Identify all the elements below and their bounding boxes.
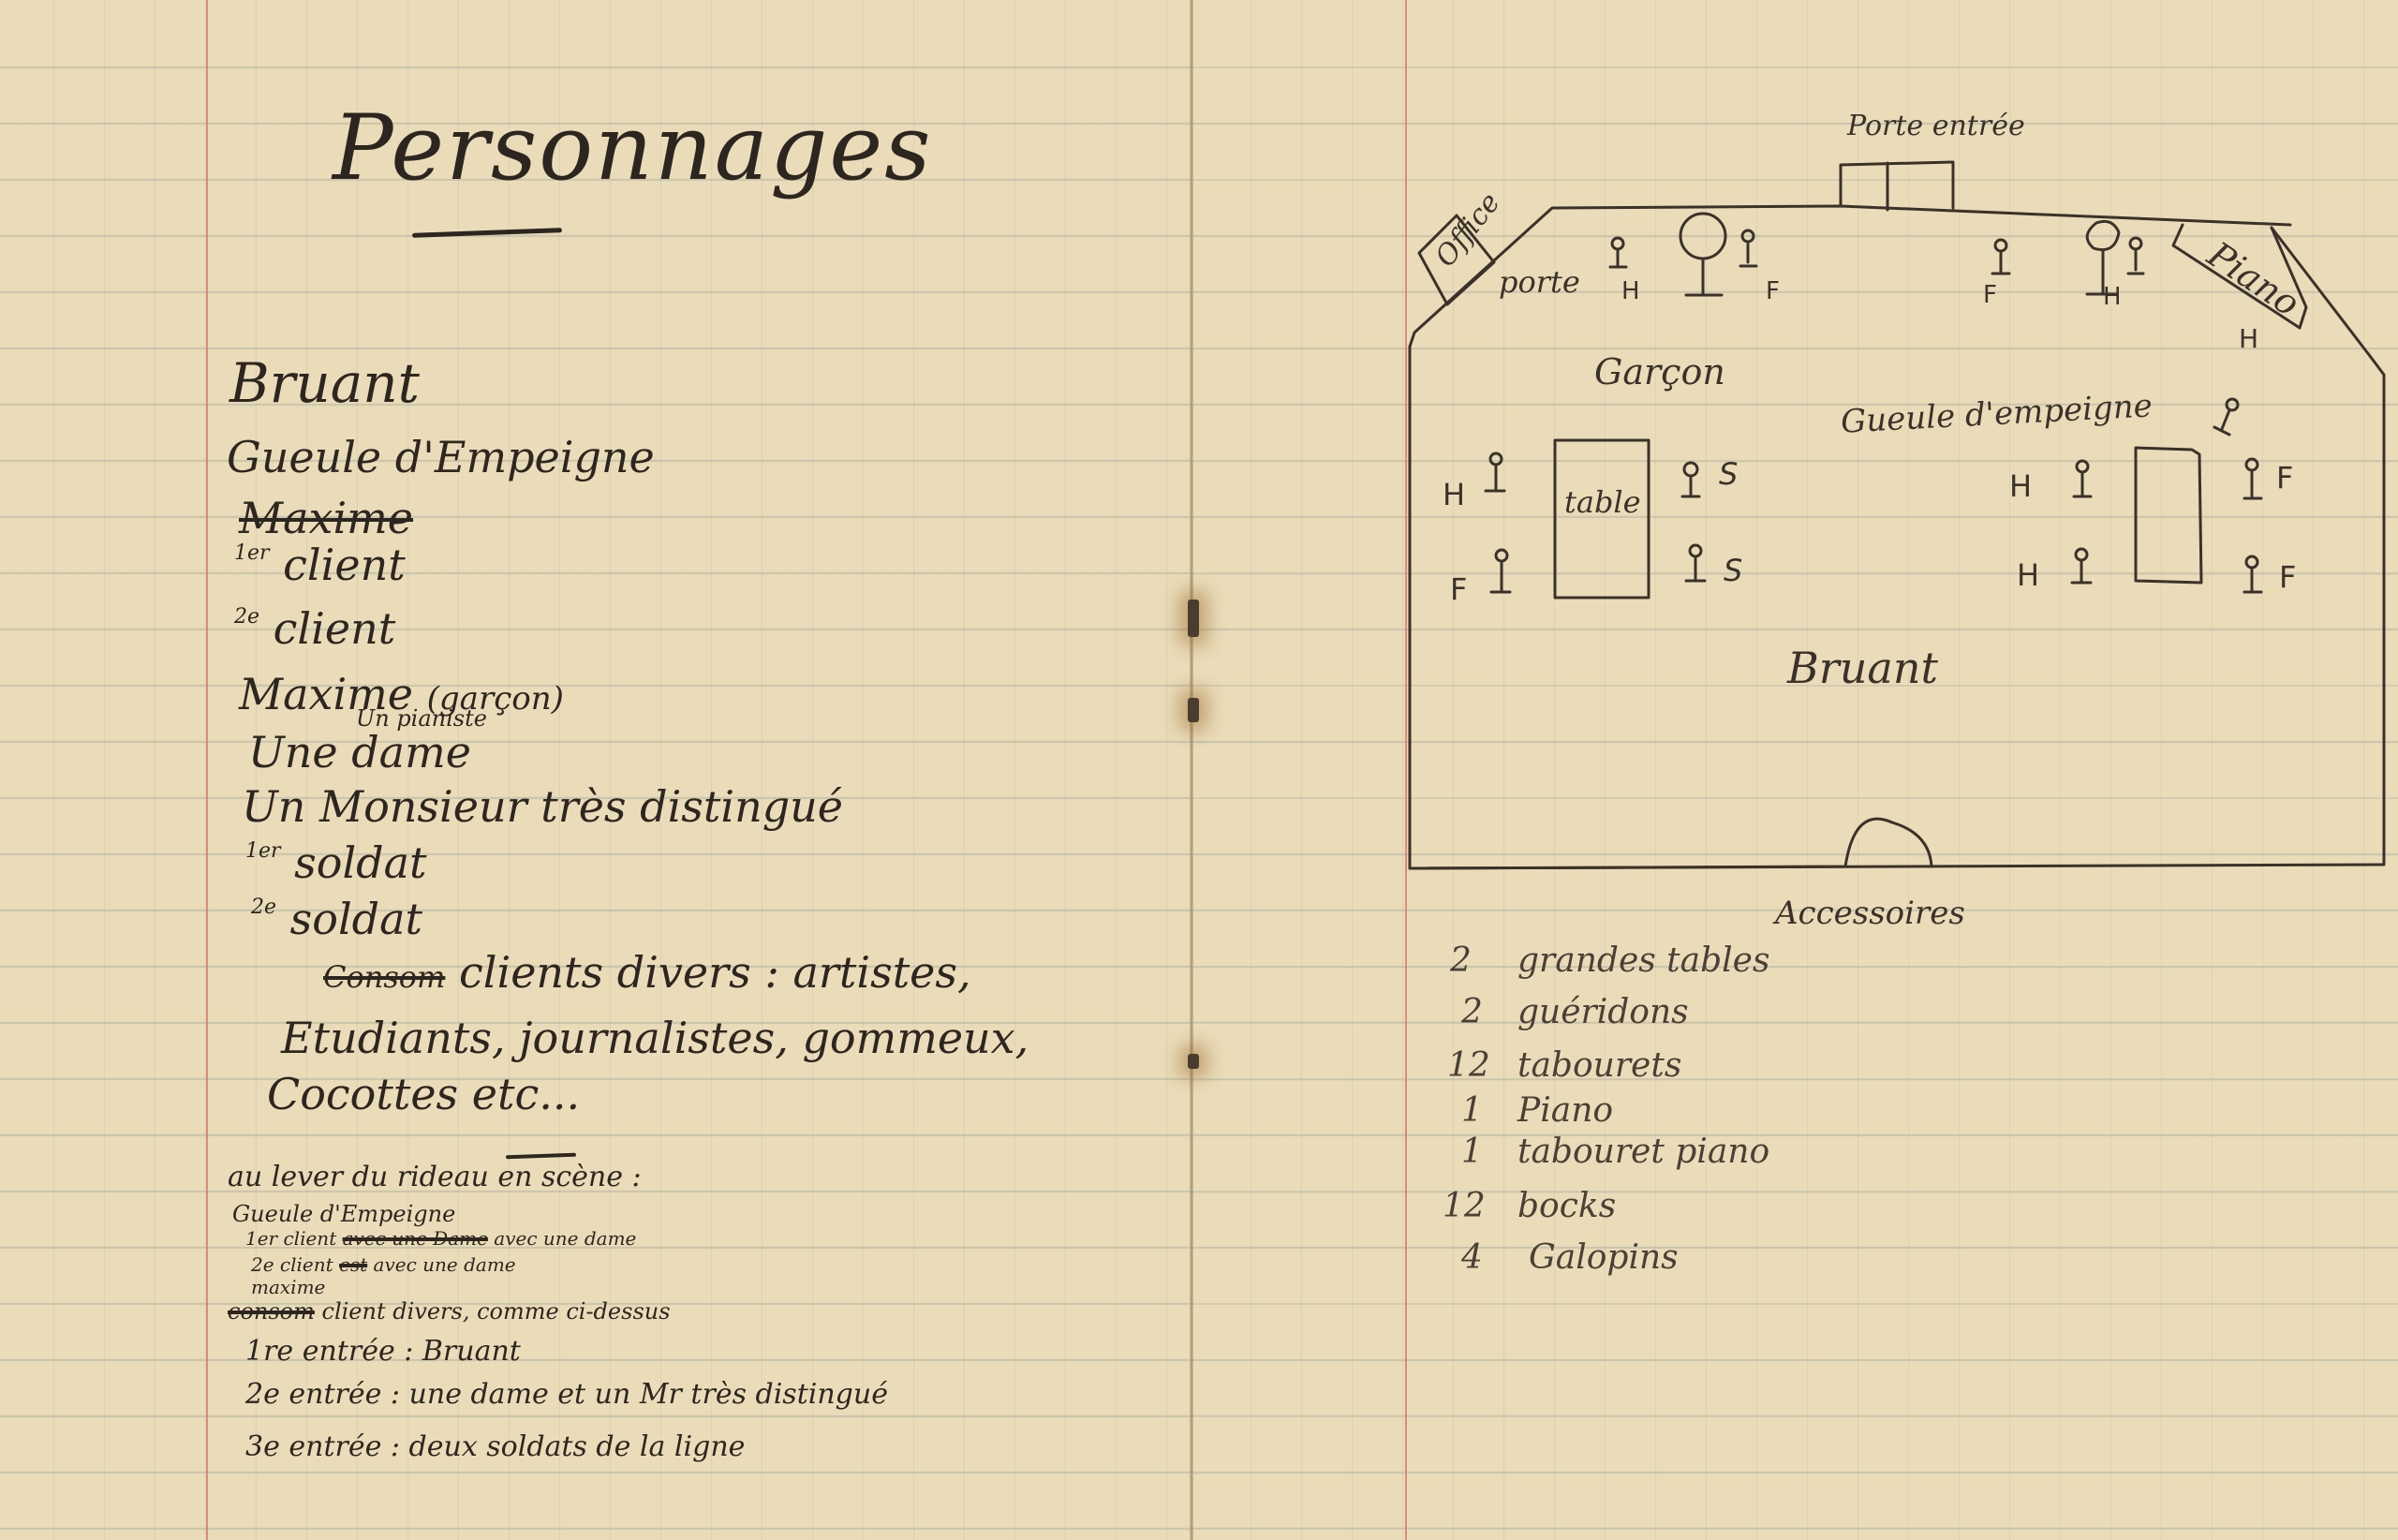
- accessory-row: 1Piano: [1461, 1094, 1613, 1128]
- character-maxime-struck: Maxime: [239, 496, 413, 540]
- character-client-2: 2e client: [234, 607, 395, 650]
- seat-letter: S: [1724, 555, 1742, 585]
- stage-arch: [1410, 819, 1932, 868]
- label-porte-entree: Porte entrée: [1847, 112, 2025, 141]
- seat-letter: H: [2103, 285, 2122, 309]
- label-table: table: [1564, 487, 1641, 517]
- accessory-row: 1tabouret piano: [1461, 1135, 1769, 1169]
- staple-mid: [1188, 698, 1199, 722]
- accessories-heading: Accessoires: [1775, 897, 1965, 929]
- accessory-row: 2grandes tables: [1450, 944, 1769, 978]
- various-clients-line1: Consom clients divers : artistes,: [323, 951, 971, 994]
- label-bruant-stage: Bruant: [1787, 646, 1938, 689]
- page-title: Personnages: [333, 103, 932, 193]
- seat-letter: H: [2009, 471, 2032, 501]
- character-une-dame: Une dame: [248, 731, 471, 774]
- seat-letter: H: [1443, 480, 1465, 510]
- seat-letter: F: [1983, 283, 1997, 307]
- curtain-heading: au lever du rideau en scène :: [228, 1163, 642, 1192]
- accessory-row: 4Galopins: [1461, 1241, 1679, 1275]
- seat-letter: F: [1766, 279, 1780, 304]
- staple-top: [1188, 600, 1199, 637]
- accessory-row: 12tabourets: [1447, 1049, 1681, 1083]
- seat-letter: F: [2276, 463, 2293, 493]
- title-underline: [412, 228, 562, 238]
- character-gueule: Gueule d'Empeigne: [227, 436, 655, 479]
- entrance-1: 1re entrée : Bruant: [245, 1338, 521, 1366]
- notebook-spine: [1190, 0, 1193, 1540]
- entrance-2: 2e entrée : une dame et un Mr très disti…: [245, 1381, 888, 1409]
- curtain-line-maxime: maxime: [251, 1278, 325, 1296]
- character-soldat-2: 2e soldat: [251, 897, 422, 940]
- various-clients-line3: Cocottes etc...: [267, 1073, 580, 1116]
- curtain-line-gueule: Gueule d'Empeigne: [232, 1203, 455, 1225]
- scene-overline: [506, 1153, 576, 1160]
- various-clients-line2: Etudiants, journalistes, gommeux,: [281, 1016, 1029, 1059]
- notebook-spread: Personnages Bruant Gueule d'Empeigne Max…: [0, 0, 2398, 1540]
- curtain-line-clients: consom client divers, comme ci-dessus: [228, 1300, 671, 1323]
- seat-letter: S: [1719, 459, 1738, 489]
- seat-letter: F: [2279, 562, 2296, 592]
- entrance-door: [1841, 162, 1953, 210]
- accessory-row: 2guéridons: [1461, 996, 1689, 1029]
- right-table: [2136, 448, 2201, 583]
- margin-rule: [206, 0, 208, 1540]
- seat-letter: H: [2239, 326, 2258, 352]
- character-bruant: Bruant: [229, 356, 420, 410]
- character-client-1: 1er client: [234, 543, 406, 586]
- label-garcon: Garçon: [1594, 354, 1725, 390]
- curtain-line-client-2: 2e client est avec une dame: [251, 1255, 516, 1274]
- seat-letter: F: [1450, 574, 1467, 604]
- entrance-3: 3e entrée : deux soldats de la ligne: [245, 1433, 745, 1461]
- floor-plan-diagram: [1405, 94, 2398, 890]
- accessory-row: 12bocks: [1443, 1190, 1616, 1223]
- character-monsieur: Un Monsieur très distingué: [242, 785, 843, 828]
- left-page: Personnages Bruant Gueule d'Empeigne Max…: [0, 0, 1192, 1540]
- seat-letter: H: [1621, 279, 1640, 304]
- label-porte: porte: [1499, 267, 1580, 297]
- staple-bottom: [1188, 1054, 1199, 1069]
- seat-letter: H: [2017, 560, 2039, 590]
- character-soldat-1: 1er soldat: [245, 841, 427, 884]
- curtain-line-client-1: 1er client avec une Dame avec une dame: [245, 1229, 636, 1248]
